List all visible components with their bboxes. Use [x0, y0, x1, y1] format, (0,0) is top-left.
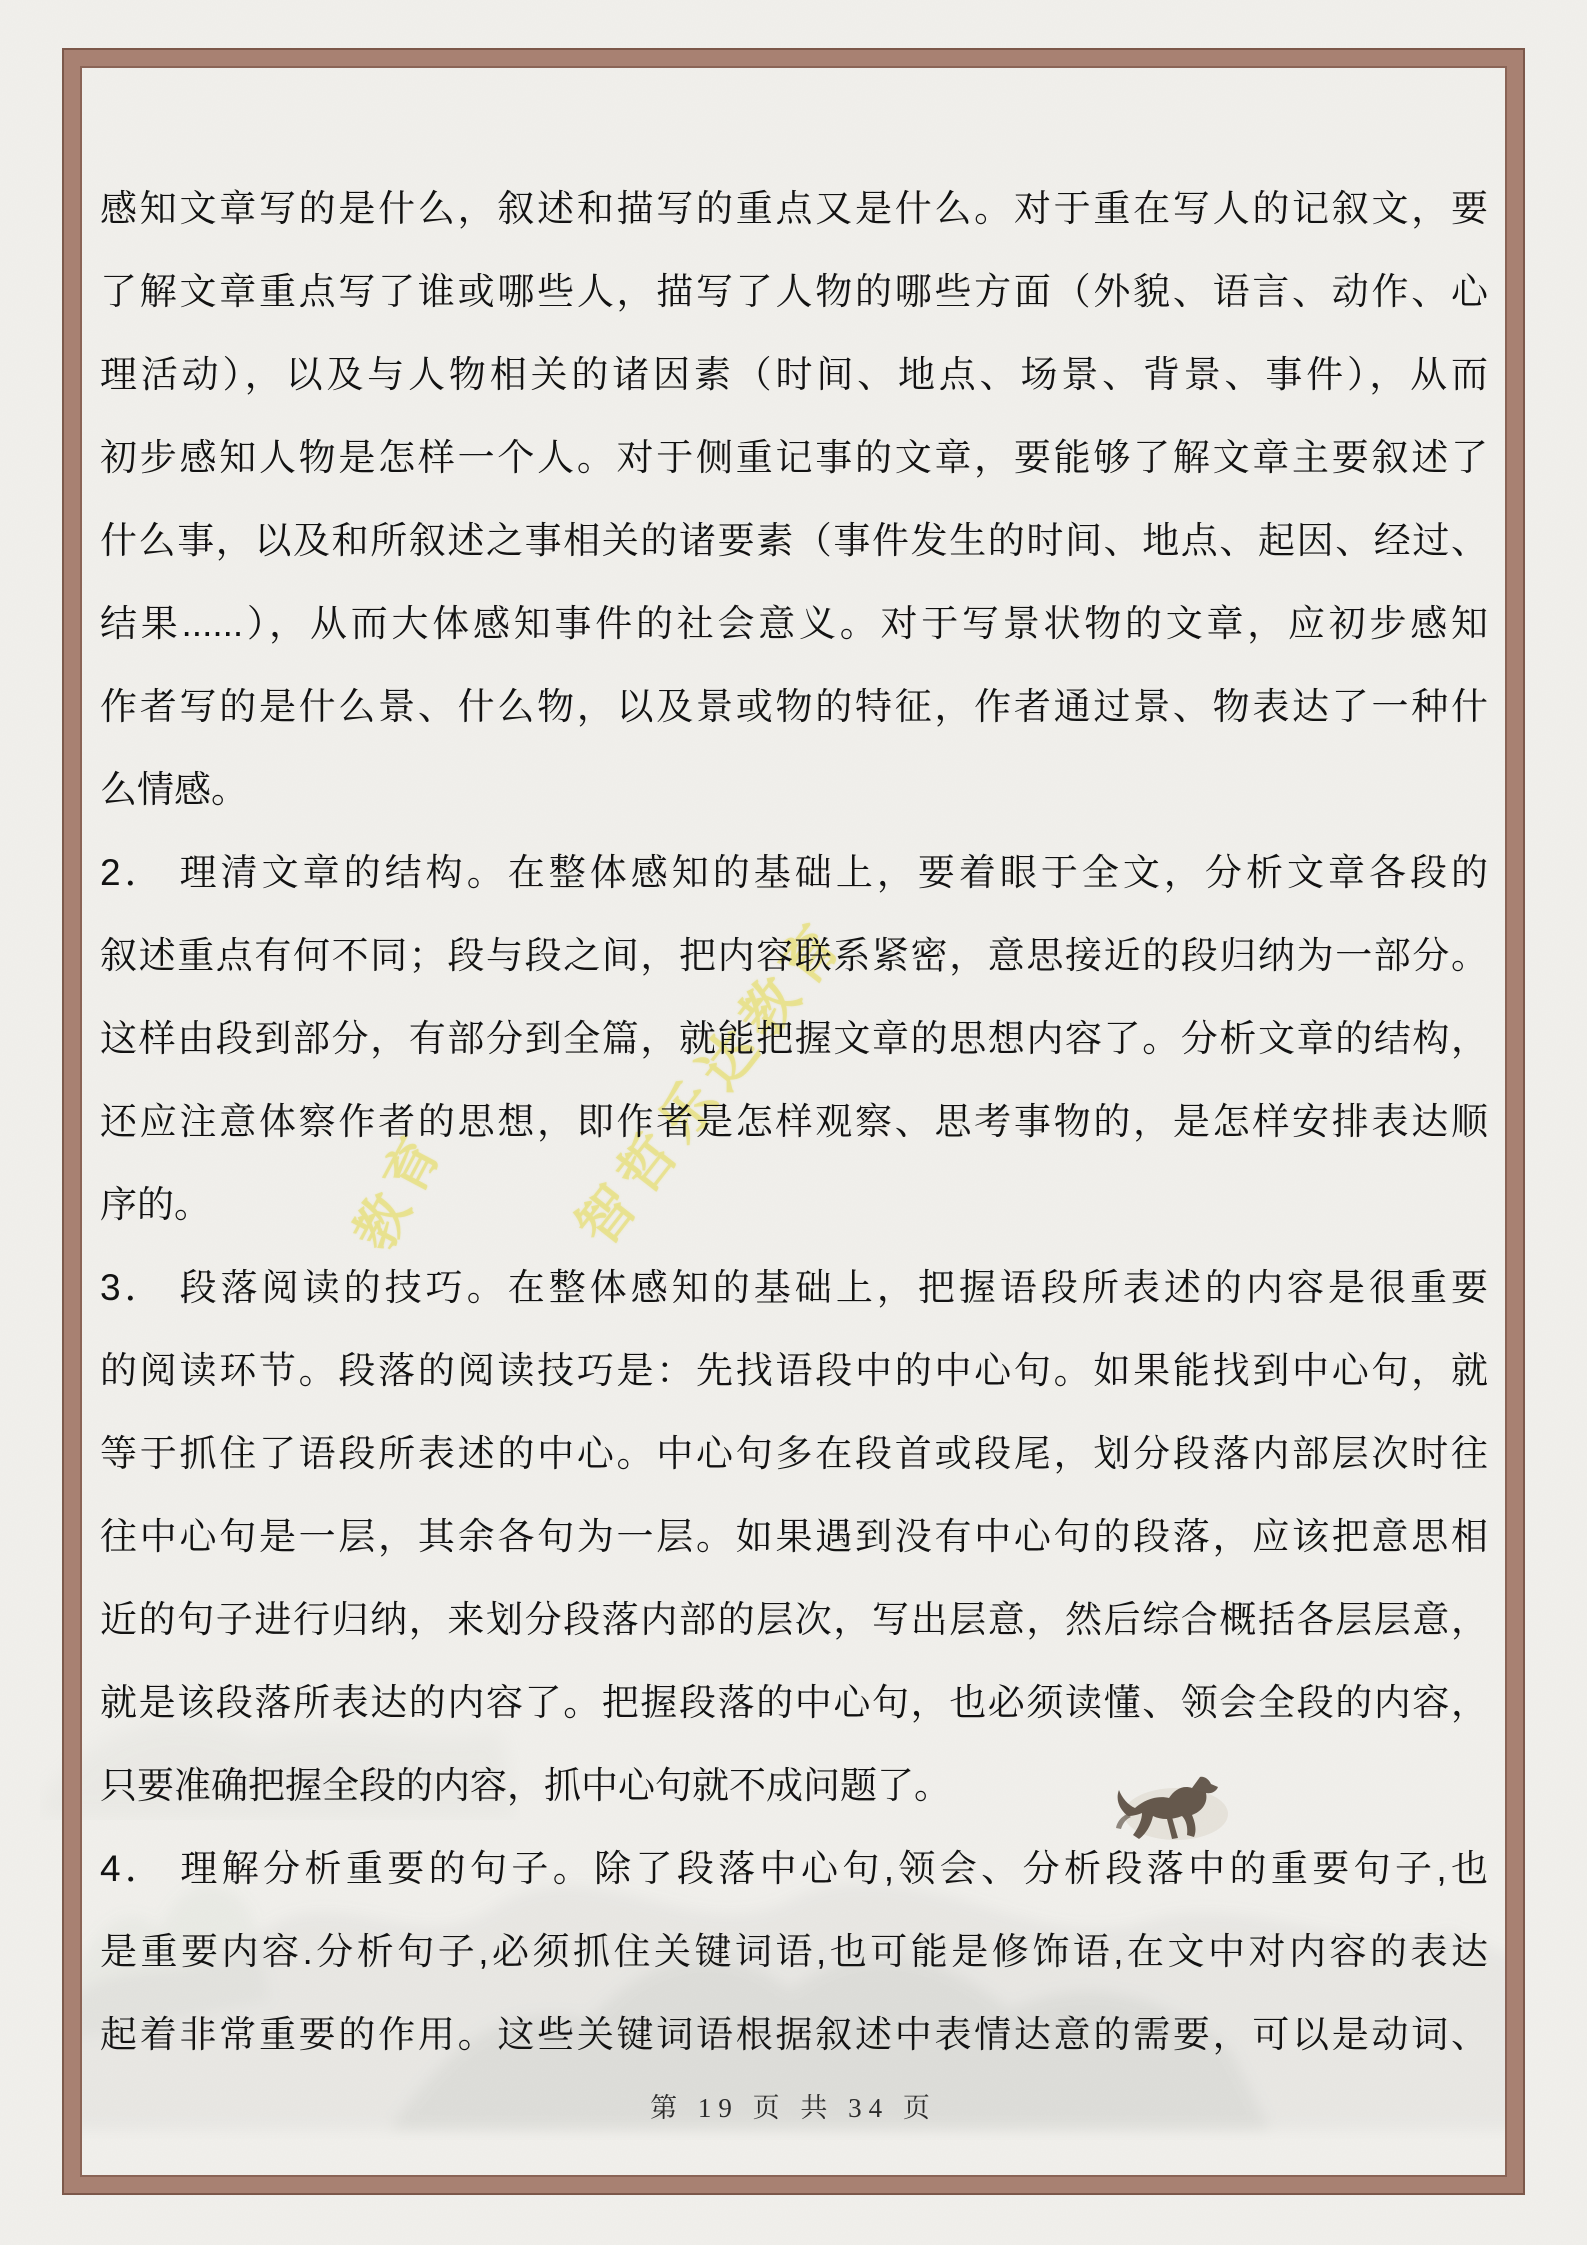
text-line: 还应注意体察作者的思想，即作者是怎样观察、思考事物的，是怎样安排表达顺 [100, 1080, 1488, 1163]
text-line: 的阅读环节。段落的阅读技巧是：先找语段中的中心句。如果能找到中心句，就 [100, 1329, 1488, 1412]
text-line: 只要准确把握全段的内容，抓中心句就不成问题了。 [100, 1744, 1488, 1827]
text-line: 作者写的是什么景、什么物，以及景或物的特征，作者通过景、物表达了一种什 [100, 665, 1488, 748]
text-line: 等于抓住了语段所表述的中心。中心句多在段首或段尾，划分段落内部层次时往 [100, 1412, 1488, 1495]
text-line: 近的句子进行归纳，来划分段落内部的层次，写出层意，然后综合概括各层层意， [100, 1578, 1488, 1661]
paragraph-number: 4． [100, 1848, 166, 1889]
text-line: 起着非常重要的作用。这些关键词语根据叙述中表情达意的需要，可以是动词、 [100, 1993, 1488, 2076]
text-line: 2．理清文章的结构。在整体感知的基础上，要着眼于全文，分析文章各段的 [100, 831, 1488, 914]
text-line: 序的。 [100, 1163, 1488, 1246]
text-line: 结果......），从而大体感知事件的社会意义。对于写景状物的文章，应初步感知 [100, 582, 1488, 665]
text-line: 理活动），以及与人物相关的诸因素（时间、地点、场景、背景、事件），从而 [100, 333, 1488, 416]
text-line: 么情感。 [100, 748, 1488, 831]
paragraph-number: 3． [100, 1267, 166, 1308]
text-line: 了解文章重点写了谁或哪些人，描写了人物的哪些方面（外貌、语言、动作、心 [100, 250, 1488, 333]
paragraph-number: 2． [100, 852, 166, 893]
text-line: 初步感知人物是怎样一个人。对于侧重记事的文章，要能够了解文章主要叙述了 [100, 416, 1488, 499]
text-lines: 感知文章写的是什么，叙述和描写的重点又是什么。对于重在写人的记叙文，要了解文章重… [100, 167, 1488, 2076]
text-line: 就是该段落所表达的内容了。把握段落的中心句，也必须读懂、领会全段的内容， [100, 1661, 1488, 1744]
text-line: 往中心句是一层，其余各句为一层。如果遇到没有中心句的段落，应该把意思相 [100, 1495, 1488, 1578]
text-line: 感知文章写的是什么，叙述和描写的重点又是什么。对于重在写人的记叙文，要 [100, 167, 1488, 250]
text-line: 这样由段到部分，有部分到全篇，就能把握文章的思想内容了。分析文章的结构， [100, 997, 1488, 1080]
text-line: 什么事，以及和所叙述之事相关的诸要素（事件发生的时间、地点、起因、经过、 [100, 499, 1488, 582]
text-line: 3．段落阅读的技巧。在整体感知的基础上，把握语段所表述的内容是很重要 [100, 1246, 1488, 1329]
document-page: { "document": { "lines": [ {"text": "感知文… [0, 0, 1587, 2245]
text-line: 4．理解分析重要的句子。除了段落中心句,领会、分析段落中的重要句子,也 [100, 1827, 1488, 1910]
text-line: 叙述重点有何不同；段与段之间，把内容联系紧密，意思接近的段归纳为一部分。 [100, 914, 1488, 997]
text-line: 是重要内容.分析句子,必须抓住关键词语,也可能是修饰语,在文中对内容的表达 [100, 1910, 1488, 1993]
page-number-footer: 第 19 页 共 34 页 [0, 2086, 1587, 2125]
